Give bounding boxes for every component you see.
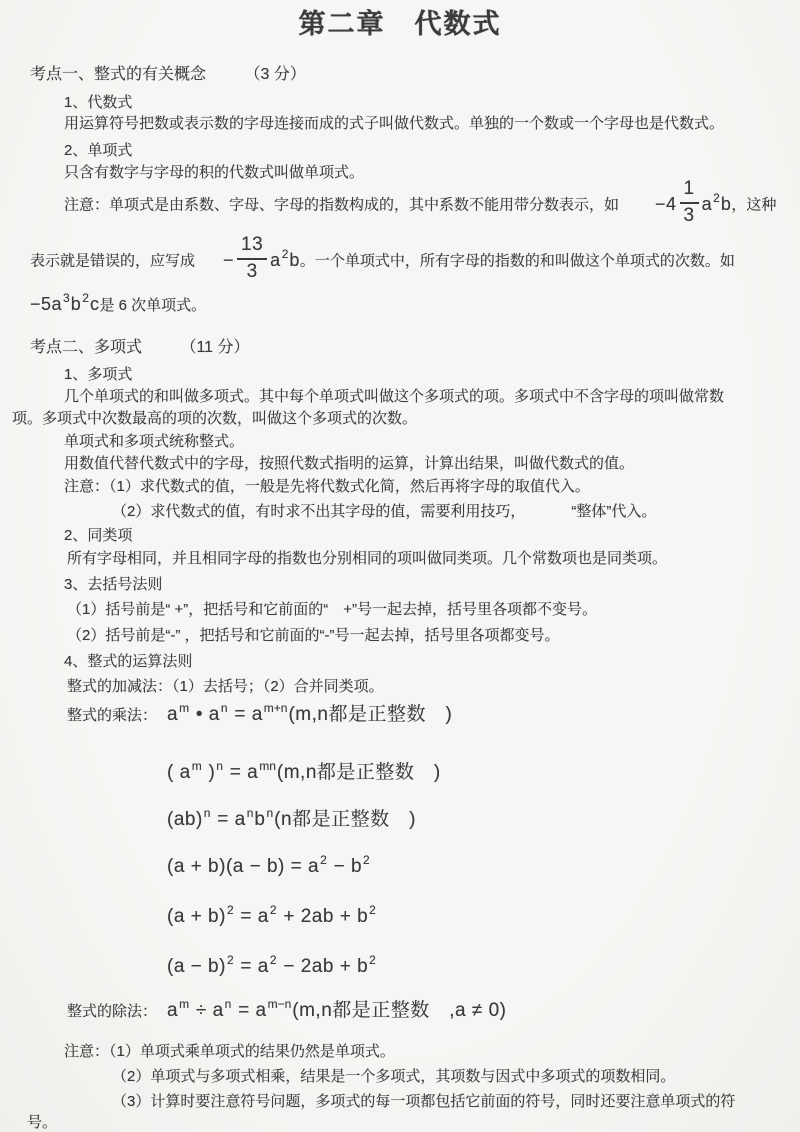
- poly-body-line-2: 项。多项式中次数最高的项的次数，叫做这个多项式的次数。: [12, 408, 417, 429]
- like-terms-body: 所有字母相同，并且相同字母的指数也分别相同的项叫做同类项。几个常数项也是同类项。: [67, 548, 667, 569]
- poly-note-1: 注意：（1）求代数式的值，一般是先将代数式化简，然后再将字母的取值代入。: [64, 476, 590, 497]
- formula-mixed-number: −413a2b: [655, 194, 731, 214]
- formula-power-of-product: (ab)n = anbn(n都是正整数 ): [167, 809, 416, 832]
- correct-form-suffix: 。一个单项式中，所有字母的指数的和叫做这个单项式的次数。如: [300, 253, 735, 270]
- bracket-rule-1: （1）括号前是“ +”，把括号和它前面的“ +”号一起去掉，括号里各项都不变号。: [67, 599, 597, 620]
- section-2-heading: 考点二、多项式 （11 分）: [30, 337, 250, 358]
- section-2-score: （11 分）: [180, 339, 249, 356]
- multiplication-rule-label: 整式的乘法：: [67, 707, 157, 724]
- section-1-heading-text: 考点一、整式的有关概念: [30, 66, 206, 83]
- degree-example-line: −5a3b2c是 6 次单项式。: [30, 294, 206, 317]
- poly-body-line-3: 单项式和多项式统称整式。: [64, 431, 244, 452]
- poly-note-2-text: （2）求代数式的值，有时求不出其字母的值，需要利用技巧，: [112, 503, 525, 520]
- bottom-note-3-continuation: 号。: [27, 1112, 57, 1132]
- bottom-note-2: （2）单项式与多项式相乘，结果是一个多项式，其项数与因式中多项式的项数相同。: [112, 1066, 675, 1087]
- item-2-body: 只含有数字与字母的积的代数式叫做单项式。: [64, 162, 364, 183]
- bottom-note-1: 注意：（1）单项式乘单项式的结果仍然是单项式。: [64, 1041, 395, 1062]
- scanned-document-page: 第二章 代数式 考点一、整式的有关概念 （3 分） 1、代数式 用运算符号把数或…: [0, 0, 800, 1132]
- poly-item-1-label: 1、多项式: [64, 364, 132, 385]
- section-2-heading-text: 考点二、多项式: [30, 339, 142, 356]
- section-1-heading: 考点一、整式的有关概念 （3 分）: [30, 64, 306, 85]
- formula-quotient-of-powers: am ÷ an = am−n(m,n都是正整数 ,a ≠ 0): [167, 1000, 506, 1021]
- item-2-label: 2、单项式: [64, 140, 132, 161]
- operation-rules-label: 4、整式的运算法则: [64, 651, 192, 672]
- division-rule-line: 整式的除法：am ÷ an = am−n(m,n都是正整数 ,a ≠ 0): [67, 1000, 507, 1023]
- degree-example-suffix: 是 6 次单项式。: [99, 297, 206, 314]
- note-prefix: 注意：单项式是由系数、字母、字母的指数构成的，其中系数不能用带分数表示，如: [64, 197, 619, 214]
- correct-form-prefix: 表示就是错误的，应写成: [30, 253, 195, 270]
- formula-improper-fraction: −133a2b: [223, 250, 300, 270]
- section-1-score: （3 分）: [244, 66, 305, 83]
- bracket-rule-2: （2）括号前是“-” ，把括号和它前面的“-”号一起去掉，括号里各项都变号。: [67, 625, 559, 646]
- poly-body-line-4: 用数值代替代数式中的字母，按照代数式指明的运算，计算出结果，叫做代数式的值。: [64, 453, 634, 474]
- formula-degree-example: −5a3b2c: [30, 294, 99, 314]
- note-suffix: ，这种: [731, 197, 776, 214]
- formula-difference-of-squares: (a + b)(a − b) = a2 − b2: [167, 856, 371, 879]
- item-1-body: 用运算符号把数或表示数的字母连接而成的式子叫做代数式。单独的一个数或一个字母也是…: [64, 113, 724, 134]
- formula-product-of-powers: am • an = am+n(m,n都是正整数 ): [167, 704, 452, 725]
- bracket-rule-label: 3、去括号法则: [64, 574, 162, 595]
- division-rule-label: 整式的除法：: [67, 1003, 157, 1020]
- poly-note-2: （2）求代数式的值，有时求不出其字母的值，需要利用技巧，“整体”代入。: [112, 501, 656, 522]
- note-line-correct-form: 表示就是错误的，应写成−133a2b。一个单项式中，所有字母的指数的和叫做这个单…: [30, 237, 735, 285]
- note-line-coefficient: 注意：单项式是由系数、字母、字母的指数构成的，其中系数不能用带分数表示，如−41…: [64, 181, 776, 229]
- poly-body-line-1: 几个单项式的和叫做多项式。其中每个单项式叫做这个多项式的项。多项式中不含字母的项…: [64, 386, 724, 407]
- item-1-label: 1、代数式: [64, 92, 132, 113]
- multiplication-rule-line: 整式的乘法：am • an = am+n(m,n都是正整数 ): [67, 704, 452, 727]
- bottom-note-3: （3）计算时要注意符号问题，多项式的每一项都包括它前面的符号，同时还要注意单项式…: [112, 1091, 735, 1112]
- formula-square-of-difference: (a − b)2 = a2 − 2ab + b2: [167, 956, 377, 979]
- page-title: 第二章 代数式: [0, 14, 800, 35]
- poly-note-2-emphasis: “整体”代入。: [571, 503, 656, 520]
- add-sub-rule: 整式的加减法：（1）去括号；（2）合并同类项。: [67, 676, 384, 697]
- formula-square-of-sum: (a + b)2 = a2 + 2ab + b2: [167, 906, 377, 929]
- formula-power-of-power: ( am )n = amn(m,n都是正整数 ): [167, 762, 441, 785]
- like-terms-label: 2、同类项: [64, 525, 132, 546]
